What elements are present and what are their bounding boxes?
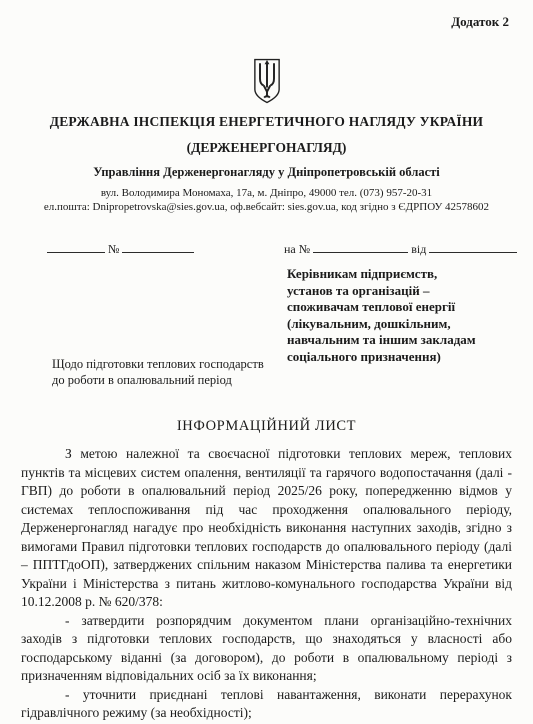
address-line: вул. Володимира Мономаха, 17а, м. Дніпро… [0, 187, 533, 199]
body-paragraph: - затвердити розпорядчим документом план… [21, 612, 512, 686]
addressee-line: установ та організацій – [287, 283, 476, 300]
document-page: Додаток 2 ДЕРЖАВНА ІНСПЕКЦІЯ ЕНЕРГЕТИЧНО… [0, 0, 533, 724]
addressee-line: соціального призначення) [287, 349, 476, 366]
addressee-line: Керівникам підприємств, [287, 266, 476, 283]
number-sign-label: № [108, 242, 119, 256]
reply-number-label: на № [284, 242, 310, 256]
outgoing-reference-fields: № [47, 240, 194, 257]
reply-number-blank [313, 240, 408, 253]
subject-line: Щодо підготовки теплових господарств [52, 356, 264, 372]
outgoing-number-blank [122, 240, 194, 253]
body-paragraph: З метою належної та своєчасної підготовк… [21, 445, 512, 612]
body-paragraph: - уточнити приєднані теплові навантаженн… [21, 686, 512, 723]
subject-block: Щодо підготовки теплових господарств до … [52, 356, 264, 388]
ukraine-trident-emblem [253, 58, 281, 104]
reply-date-label: від [411, 242, 426, 256]
incoming-reference-fields: на № від [284, 240, 517, 257]
annex-label: Додаток 2 [451, 14, 509, 30]
addressee-line: (лікувальним, дошкільним, [287, 316, 476, 333]
addressee-line: споживачам теплової енергії [287, 299, 476, 316]
document-title: ІНФОРМАЦІЙНИЙ ЛИСТ [0, 418, 533, 435]
contacts-line: ел.пошта: Dnipropetrovska@sies.gov.ua, о… [0, 201, 533, 213]
subject-line: до роботи в опалювальний період [52, 372, 264, 388]
outgoing-date-blank [47, 240, 105, 253]
department-name: Управління Держенергонагляду у Дніпропет… [0, 165, 533, 180]
emblem-container [0, 58, 533, 109]
org-name: ДЕРЖАВНА ІНСПЕКЦІЯ ЕНЕРГЕТИЧНОГО НАГЛЯДУ… [0, 114, 533, 130]
addressee-block: Керівникам підприємств, установ та орган… [287, 266, 476, 365]
reply-date-blank [429, 240, 517, 253]
document-body: З метою належної та своєчасної підготовк… [21, 445, 512, 723]
org-short-name: (ДЕРЖЕНЕРГОНАГЛЯД) [0, 140, 533, 156]
addressee-line: навчальним та іншим закладам [287, 332, 476, 349]
